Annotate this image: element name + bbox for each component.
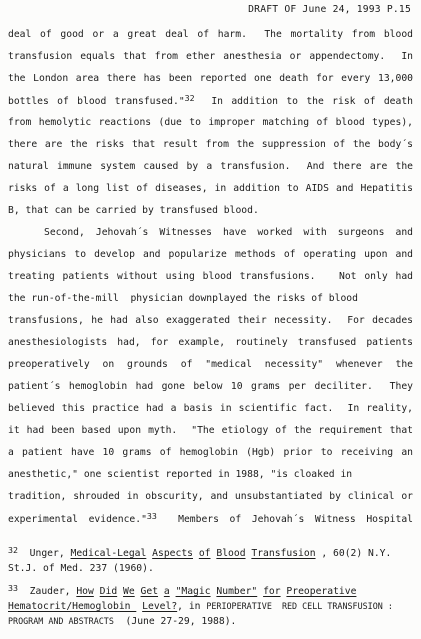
underlined-word: of xyxy=(199,548,211,559)
body-text-line: Second, Jehovah´s Witnesses have worked … xyxy=(8,222,413,244)
body-text-line: experimental evidence."33 Members of Jeh… xyxy=(8,508,413,530)
underlined-word: a xyxy=(164,586,170,597)
underlined-word: Did xyxy=(100,586,118,597)
body-text-line: B, that can be carried by transfused blo… xyxy=(8,200,413,222)
body-text-line: a patient have 10 grams of hemoglobin (H… xyxy=(8,442,413,464)
underlined-word: Get xyxy=(141,586,159,597)
body-text-line: physicians to develop and popularize met… xyxy=(8,244,413,266)
body-text-line: natural immune system caused by a transf… xyxy=(8,156,413,178)
superscript-footnote-number: 32 xyxy=(8,546,18,555)
body-text-line: transfusion equals that from ether anest… xyxy=(8,46,413,68)
underlined-word: Number" xyxy=(216,586,257,597)
superscript-footnote-number: 33 xyxy=(147,511,157,521)
underlined-word: Transfusion xyxy=(251,548,315,559)
underlined-word: How xyxy=(76,586,94,597)
underlined-word: Level? xyxy=(142,601,177,612)
body-text-line: bottles of blood transfused."32 In addit… xyxy=(8,90,413,112)
underlined-word: Hematocrit/Hemoglobin xyxy=(8,601,136,612)
body-text-line: anesthetic," one scientist reported in 1… xyxy=(8,464,413,486)
superscript-footnote-number: 32 xyxy=(185,93,195,103)
footnote-line: PROGRAM AND ABSTRACTS (June 27-29, 1988)… xyxy=(8,614,413,629)
page-header-draft-date: DRAFT OF June 24, 1993 P.15 xyxy=(8,4,413,16)
underlined-word: Medical-Legal xyxy=(71,548,147,559)
body-text-line: the London area there has been reported … xyxy=(8,68,413,90)
footnote-33: 33 Zauder, How Did We Get a "Magic Numbe… xyxy=(8,584,413,629)
footnote-line: St.J. of Med. 237 (1960). xyxy=(8,561,413,576)
body-text-line: from hemolytic reactions (due to imprope… xyxy=(8,112,413,134)
body-text-line: it had been based upon myth. "The etiolo… xyxy=(8,420,413,442)
footnote-line: 33 Zauder, How Did We Get a "Magic Numbe… xyxy=(8,584,413,599)
body-text-line: transfusions, he had also exaggerated th… xyxy=(8,310,413,332)
underlined-word: Preoperative xyxy=(286,586,356,597)
body-text-line: deal of good or a great deal of harm. Th… xyxy=(8,24,413,46)
footnote-line: 32 Unger, Medical-Legal Aspects of Blood… xyxy=(8,546,413,561)
footnotes-section: 32 Unger, Medical-Legal Aspects of Blood… xyxy=(8,546,413,629)
underlined-word: Aspects xyxy=(152,548,193,559)
body-text-line: tradition, shrouded in obscurity, and un… xyxy=(8,486,413,508)
document-body-text: deal of good or a great deal of harm. Th… xyxy=(8,24,413,530)
document-page: DRAFT OF June 24, 1993 P.15 deal of good… xyxy=(0,0,421,639)
footnote-32: 32 Unger, Medical-Legal Aspects of Blood… xyxy=(8,546,413,576)
superscript-footnote-number: 33 xyxy=(8,584,18,593)
body-text-line: preoperatively on grounds of "medical ne… xyxy=(8,354,413,376)
body-text-line: risks of a long list of diseases, in add… xyxy=(8,178,413,200)
body-text-line: believed this practice had a basis in sc… xyxy=(8,398,413,420)
body-text-line: treating patients without using blood tr… xyxy=(8,266,413,288)
small-caps-text: PROGRAM AND ABSTRACTS xyxy=(8,616,114,626)
body-text-line: anesthesiologists had, for example, rout… xyxy=(8,332,413,354)
body-text-line: patient´s hemoglobin had gone below 10 g… xyxy=(8,376,413,398)
footnote-line: Hematocrit/Hemoglobin Level?, in PERIOPE… xyxy=(8,599,413,614)
body-text-line: the run-of-the-mill physician downplayed… xyxy=(8,288,413,310)
underlined-word: We xyxy=(123,586,135,597)
underlined-word: "Magic xyxy=(176,586,211,597)
body-text-line: there are the risks that result from the… xyxy=(8,134,413,156)
underlined-word: Blood xyxy=(216,548,245,559)
small-caps-text: PERIOPERATIVE RED CELL TRANSFUSION : xyxy=(206,601,393,611)
underlined-word: for xyxy=(263,586,281,597)
